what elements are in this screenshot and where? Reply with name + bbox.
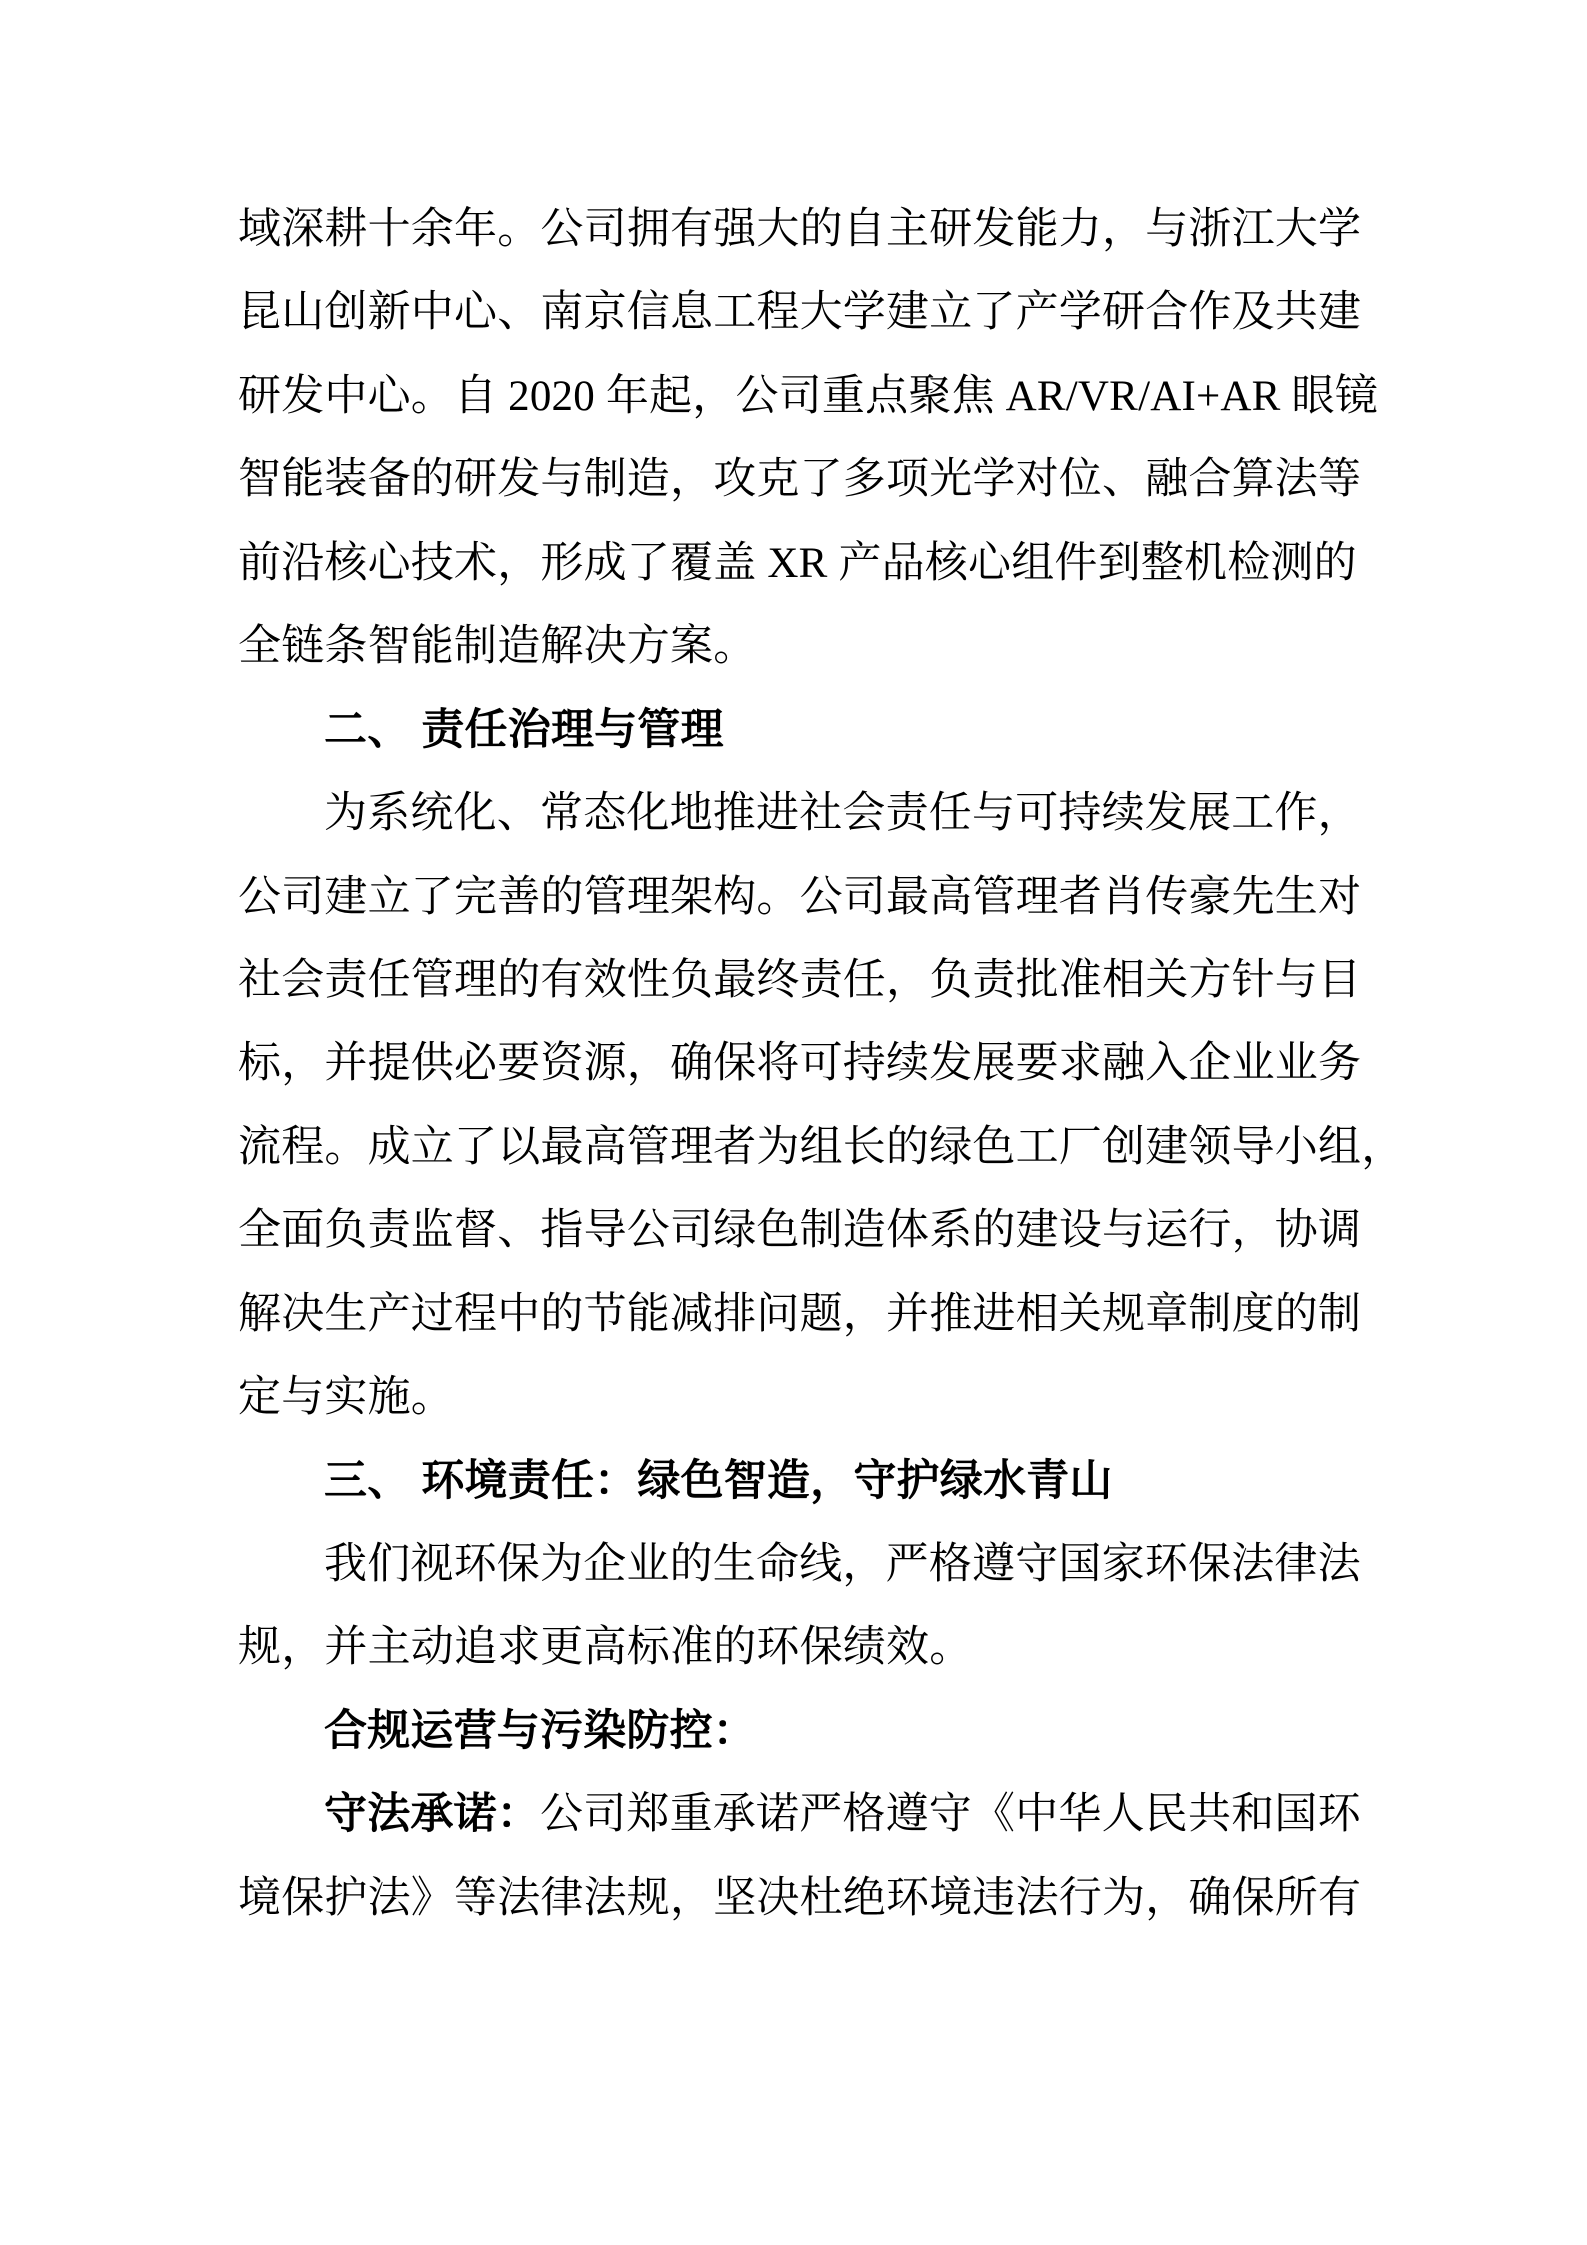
text-run: 全面负责监督、指导公司绿色制造体系的建设与运行，协调 [238,1207,1361,1254]
text-line: 公司建立了完善的管理架构。公司最高管理者肖传豪先生对 [238,856,1388,939]
text-run: 定与实施。 [238,1374,454,1421]
heading-line: 二、 责任治理与管理 [238,689,1388,772]
text-line: 规，并主动追求更高标准的环保绩效。 [238,1606,1388,1689]
text-run: 境保护法》等法律法规，坚决杜绝环境违法行为，确保所有 [238,1875,1361,1922]
text-line: 社会责任管理的有效性负最终责任，负责批准相关方针与目 [238,939,1388,1022]
text-run: 域深耕十余年。公司拥有强大的自主研发能力，与浙江大学 [238,206,1361,253]
text-line: 定与实施。 [238,1356,1388,1439]
text-run: 公司郑重承诺严格遵守《中华人民共和国环 [540,1791,1361,1838]
text-line: 全面负责监督、指导公司绿色制造体系的建设与运行，协调 [238,1189,1388,1272]
text-run: 前沿核心技术，形成了覆盖 XR 产品核心组件到整机检测的 [238,540,1357,587]
heading-line: 三、 环境责任：绿色智造，守护绿水青山 [238,1440,1388,1523]
text-line: 流程。成立了以最高管理者为组长的绿色工厂创建领导小组， [238,1106,1388,1189]
text-run: 智能装备的研发与制造，攻克了多项光学对位、融合算法等 [238,456,1361,503]
text-run: 解决生产过程中的节能减排问题，并推进相关规章制度的制 [238,1291,1361,1338]
text-line: 境保护法》等法律法规，坚决杜绝环境违法行为，确保所有 [238,1857,1388,1940]
text-line: 智能装备的研发与制造，攻克了多项光学对位、融合算法等 [238,438,1388,521]
text-run: 全链条智能制造解决方案。 [238,623,756,670]
text-line: 研发中心。自 2020 年起，公司重点聚焦 AR/VR/AI+AR 眼镜 [238,355,1388,438]
text-run: 为系统化、常态化地推进社会责任与可持续发展工作， [324,790,1361,837]
text-line: 我们视环保为企业的生命线，严格遵守国家环保法律法 [238,1523,1388,1606]
bold-text-run: 合规运营与污染防控： [324,1708,756,1755]
text-line: 域深耕十余年。公司拥有强大的自主研发能力，与浙江大学 [238,188,1388,271]
text-run: 规，并主动追求更高标准的环保绩效。 [238,1624,972,1671]
document-text-block: 域深耕十余年。公司拥有强大的自主研发能力，与浙江大学昆山创新中心、南京信息工程大… [238,188,1388,1940]
text-run: 流程。成立了以最高管理者为组长的绿色工厂创建领导小组， [238,1124,1404,1171]
text-run: 标，并提供必要资源，确保将可持续发展要求融入企业业务 [238,1040,1361,1087]
bold-text-run: 三、 环境责任：绿色智造，守护绿水青山 [324,1458,1113,1505]
bold-text-run: 守法承诺： [324,1791,540,1838]
heading-line: 合规运营与污染防控： [238,1690,1388,1773]
text-run: 昆山创新中心、南京信息工程大学建立了产学研合作及共建 [238,289,1361,336]
text-run: 研发中心。自 2020 年起，公司重点聚焦 AR/VR/AI+AR 眼镜 [238,373,1378,420]
text-run: 我们视环保为企业的生命线，严格遵守国家环保法律法 [324,1541,1361,1588]
text-line: 昆山创新中心、南京信息工程大学建立了产学研合作及共建 [238,271,1388,354]
text-line: 标，并提供必要资源，确保将可持续发展要求融入企业业务 [238,1022,1388,1105]
text-line: 为系统化、常态化地推进社会责任与可持续发展工作， [238,772,1388,855]
text-run: 公司建立了完善的管理架构。公司最高管理者肖传豪先生对 [238,874,1361,921]
document-page: 域深耕十余年。公司拥有强大的自主研发能力，与浙江大学昆山创新中心、南京信息工程大… [0,0,1587,2245]
text-line: 前沿核心技术，形成了覆盖 XR 产品核心组件到整机检测的 [238,522,1388,605]
text-line: 守法承诺：公司郑重承诺严格遵守《中华人民共和国环 [238,1773,1388,1856]
bold-text-run: 二、 责任治理与管理 [324,707,724,754]
text-line: 解决生产过程中的节能减排问题，并推进相关规章制度的制 [238,1273,1388,1356]
text-run: 社会责任管理的有效性负最终责任，负责批准相关方针与目 [238,957,1361,1004]
text-line: 全链条智能制造解决方案。 [238,605,1388,688]
